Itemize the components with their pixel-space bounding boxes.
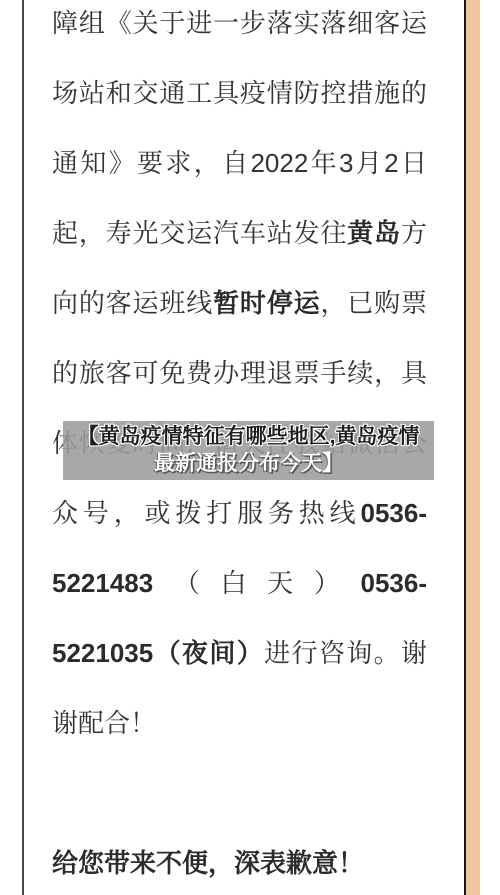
text-line: 的旅客可免费办理退票手续，具 [52, 338, 427, 408]
text-segment: 方 [401, 218, 427, 248]
text-segment: 通知》要求，自2022年3月2日 [52, 148, 427, 178]
text-line: 给您带来不便，深表歉意！ [52, 828, 427, 895]
text-segment: 0536- [361, 568, 428, 598]
text-line: 障组《关于进一步落实落细客运 [52, 0, 427, 58]
text-line: 5221483（白天）0536- [52, 548, 427, 618]
text-segment: 5221035（夜间） [52, 638, 264, 668]
text-line: 场站和交通工具疫情防控措施的 [52, 58, 427, 128]
text-segment: 谢配合！ [52, 708, 156, 738]
text-segment: 众号，或拨打服务热线 [52, 498, 361, 528]
text-line: 5221035（夜间）进行咨询。谢 [52, 618, 427, 688]
text-line: 众号，或拨打服务热线0536- [52, 478, 427, 548]
text-segment: 向的客运班线 [52, 288, 213, 318]
text-line: 起，寿光交运汽车站发往黄岛方 [52, 198, 427, 268]
overlay-title-line1: 【黄岛疫情特征有哪些地区,黄岛疫情 [63, 423, 434, 450]
text-line: 通知》要求，自2022年3月2日 [52, 128, 427, 198]
text-segment: 场站和交通工具疫情防控措施的 [52, 78, 427, 108]
text-segment: 障组《关于进一步落实落细客运 [52, 8, 427, 38]
overlay-title-line2: 最新通报分布今天】 [63, 450, 434, 477]
text-line [52, 758, 427, 828]
text-segment: 起，寿光交运汽车站发往 [52, 218, 347, 248]
text-segment: （白天） [153, 568, 360, 598]
text-segment: 5221483 [52, 568, 153, 598]
text-segment: 进行咨询。谢 [264, 638, 427, 668]
text-line: 向的客运班线暂时停运，已购票 [52, 268, 427, 338]
text-segment: 的旅客可免费办理退票手续，具 [52, 358, 427, 388]
side-accent-bar [466, 0, 480, 895]
text-segment: 给您带来不便，深表歉意！ [52, 848, 364, 878]
text-segment: 0536- [361, 498, 428, 528]
text-segment: ，已购票 [320, 288, 427, 318]
text-line: 谢配合！ [52, 688, 427, 758]
seo-overlay-banner: 【黄岛疫情特征有哪些地区,黄岛疫情 最新通报分布今天】 [63, 421, 434, 480]
text-segment: 黄岛 [347, 218, 401, 248]
article-page: 障组《关于进一步落实落细客运场站和交通工具疫情防控措施的通知》要求，自2022年… [0, 0, 500, 895]
text-segment: 暂时停运 [213, 288, 320, 318]
left-border-rule [22, 0, 24, 895]
